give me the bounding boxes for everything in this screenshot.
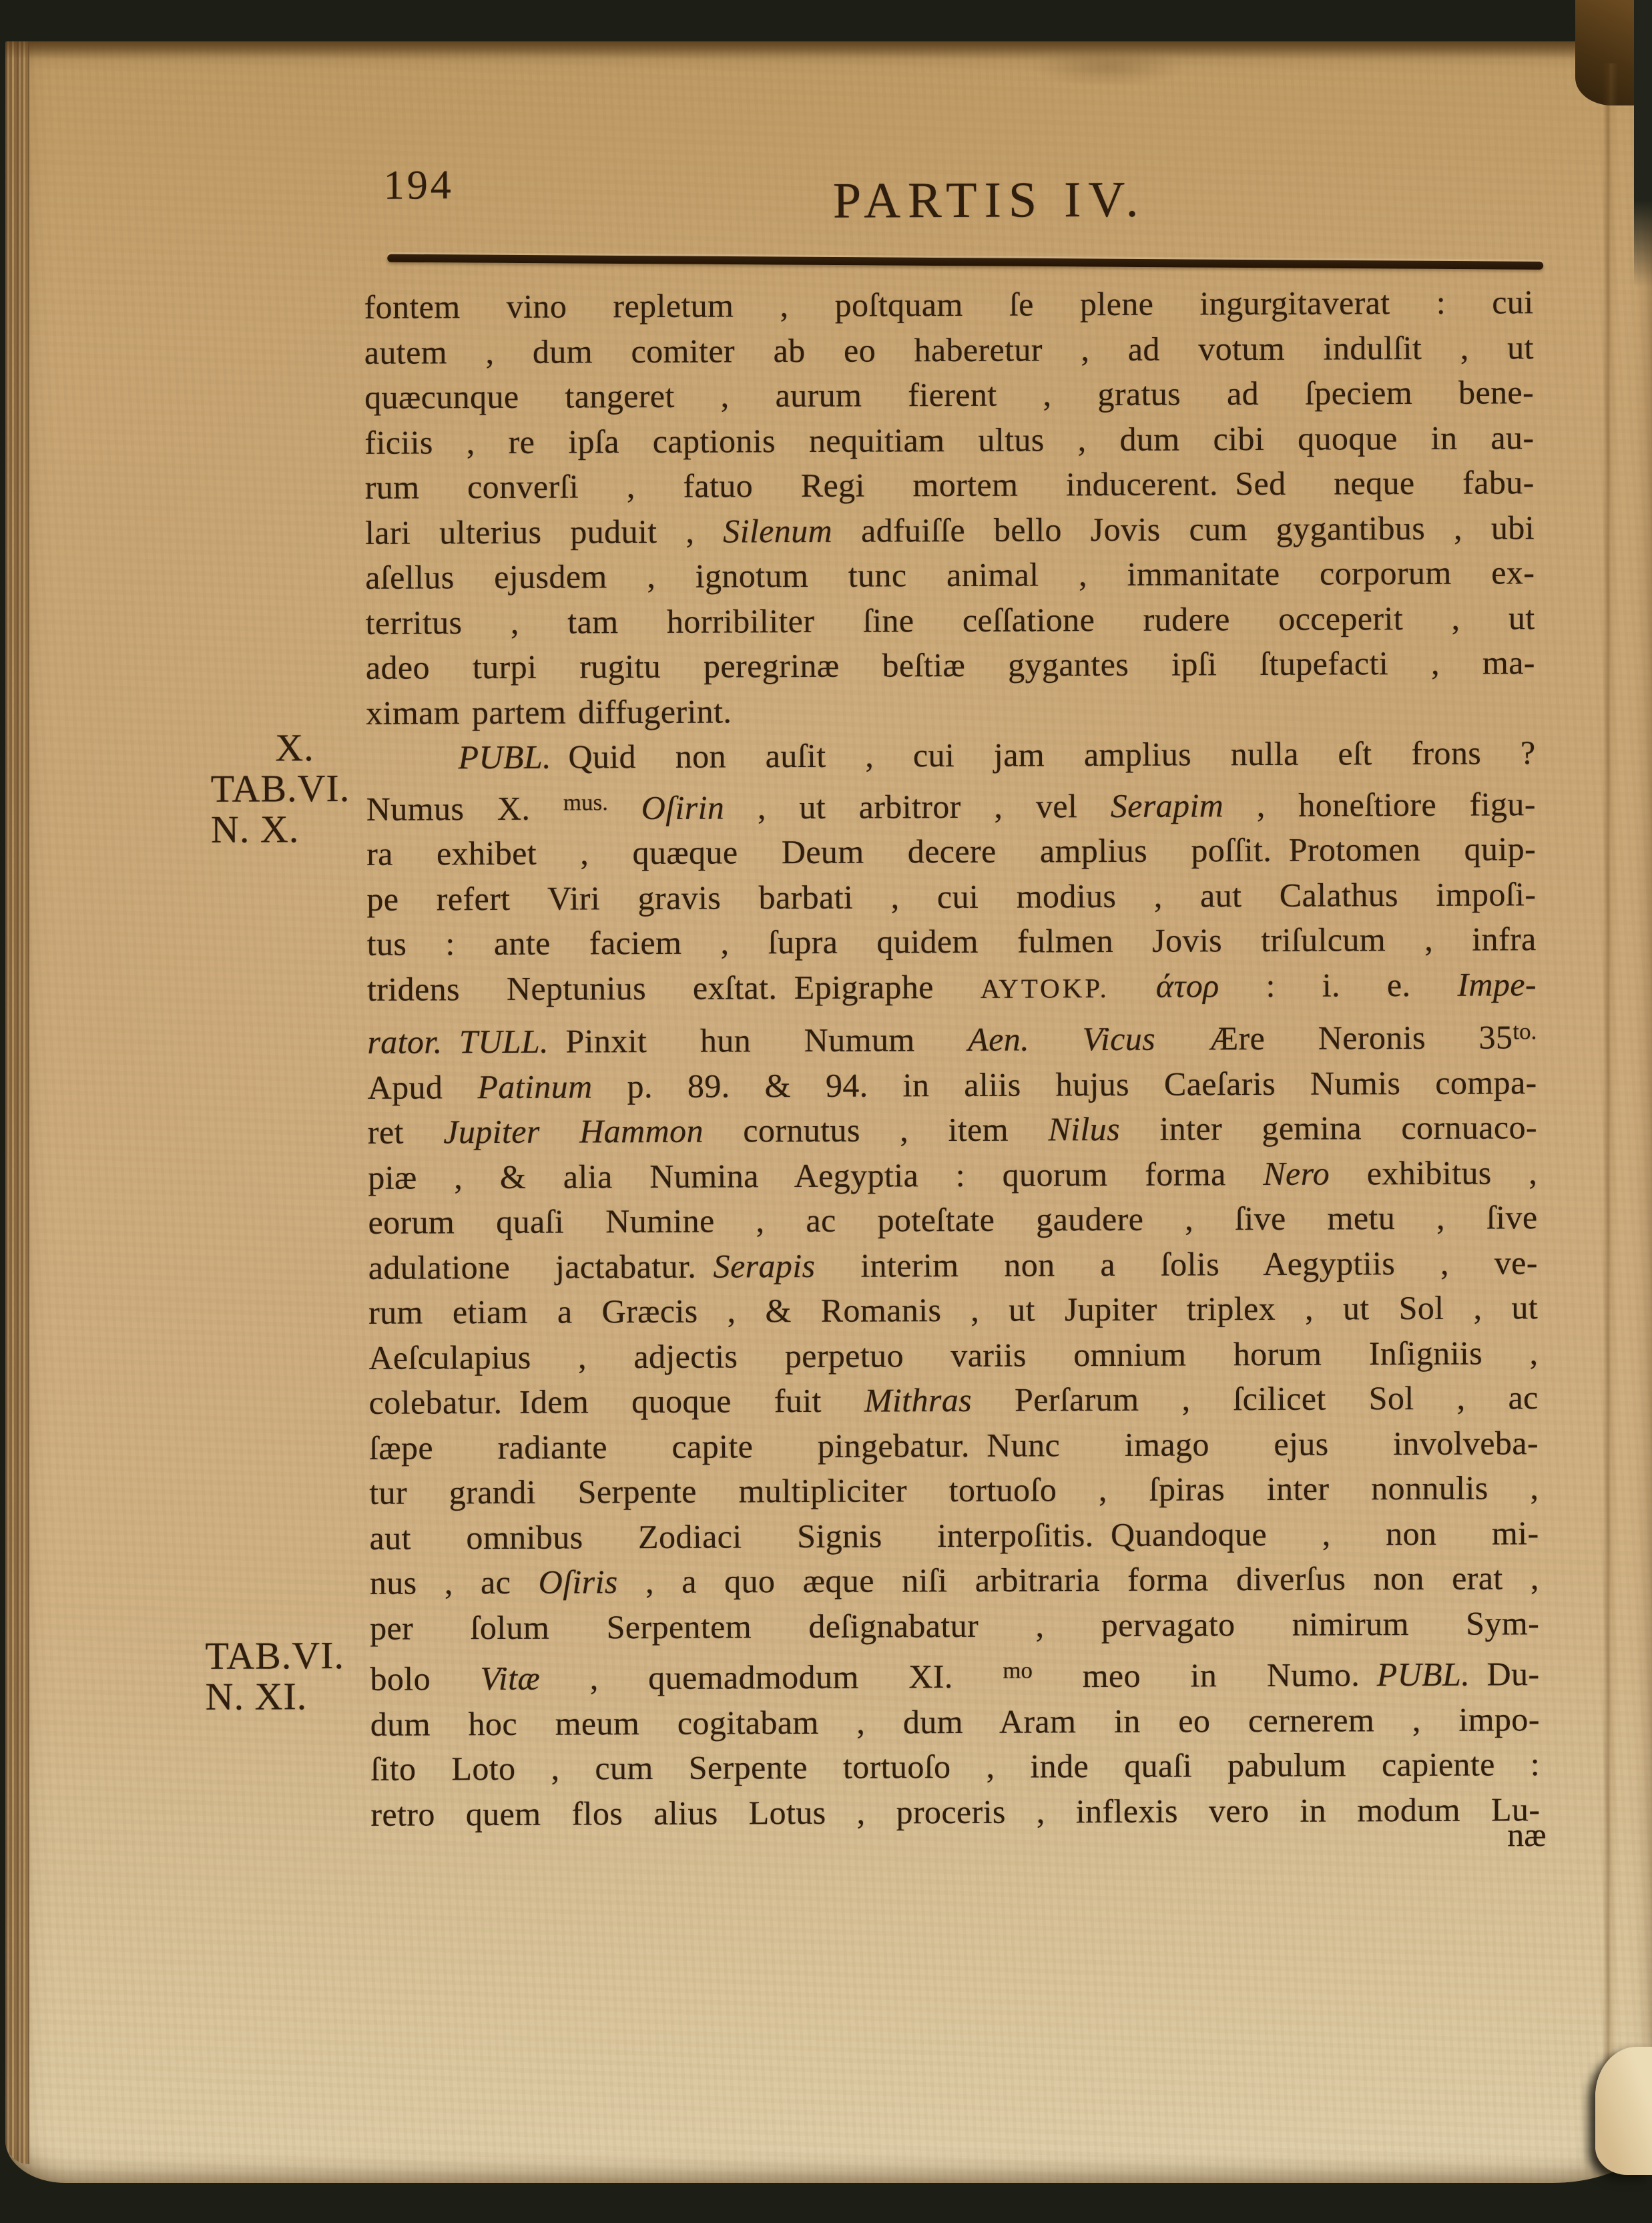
margin-note-line: N. XI. (206, 1676, 383, 1717)
body-text: fontem vino repletum , poſtquam ſe plene… (364, 280, 1540, 1837)
body-line: ra exhibet , quæque Deum decere amplius … (366, 826, 1536, 877)
body-line: fontem vino repletum , poſtquam ſe plene… (364, 280, 1533, 330)
catchword: næ (1408, 1815, 1546, 1855)
body-line: territus , tam horribiliter ſine ceſſati… (365, 595, 1535, 646)
body-line: autem , dum comiter ab eo haberetur , ad… (364, 325, 1534, 375)
body-line: rator. TULL. Pinxit hun Numum Aen. Vicus… (367, 1009, 1537, 1065)
body-line: retro quem flos alius Lotus , proceris ,… (370, 1787, 1540, 1837)
body-line: Aeſculapius , adjectis perpetuo variis o… (368, 1330, 1538, 1381)
body-line: per ſolum Serpentem deſignabatur , perva… (370, 1601, 1539, 1651)
margin-note-line: TAB.VI. (205, 1635, 382, 1676)
folio-number: 194 (384, 162, 454, 209)
body-line: ximam partem diffugerint. (366, 686, 1535, 736)
header-rule (387, 254, 1543, 270)
body-line: ret Jupiter Hammon cornutus , item Nilus… (368, 1105, 1537, 1155)
body-line: Apud Patinum p. 89. & 94. in aliis hujus… (368, 1060, 1537, 1110)
margin-note-numus-xi: TAB.VI. N. XI. (205, 1635, 383, 1717)
body-line: rum etiam a Græcis , & Romanis , ut Jupi… (368, 1285, 1538, 1335)
body-line: eorum quaſi Numine , ac poteſtate gauder… (368, 1195, 1537, 1245)
body-line: piæ , & alia Numina Aegyptia : quorum fo… (368, 1150, 1537, 1200)
body-line: quæcunque tangeret , aurum fierent , gra… (364, 370, 1534, 420)
body-line: ſæpe radiante capite pingebatur. Nunc im… (369, 1421, 1539, 1471)
body-line: nus , ac Oſiris , a quo æque niſi arbitr… (370, 1555, 1539, 1605)
body-line: Numus X. mus. Oſirin , ut arbitror , vel… (366, 776, 1536, 832)
running-title: PARTIS IV. (833, 171, 1146, 230)
book-page-scan: 194 PARTIS IV. X. TAB.VI. N. X. TAB.VI. … (0, 0, 1652, 2223)
printed-content: 194 PARTIS IV. X. TAB.VI. N. X. TAB.VI. … (0, 0, 1652, 2223)
margin-note-numus-x: X. TAB.VI. N. X. (210, 727, 379, 850)
body-line: tus : ante faciem , ſupra quidem fulmen … (367, 917, 1537, 967)
margin-note-line: TAB.VI. (211, 768, 379, 809)
body-line: lari ulterius puduit , Silenum adfuiſſe … (365, 505, 1535, 555)
margin-note-line: X. (210, 727, 378, 768)
body-line: aut omnibus Zodiaci Signis interpoſitis.… (369, 1511, 1539, 1561)
margin-note-line: N. X. (211, 808, 379, 850)
body-line: tridens Neptunius exſtat. Epigraphe ΑΥΤΟ… (367, 962, 1537, 1014)
body-line: adulatione jactabatur. Serapis interim n… (368, 1240, 1538, 1290)
body-line: bolo Vitæ , quemadmodum XI. mo meo in Nu… (370, 1646, 1539, 1702)
body-line: dum hoc meum cogitabam , dum Aram in eo … (370, 1697, 1540, 1747)
body-line: tur grandi Serpente multipliciter tortuo… (369, 1465, 1539, 1515)
body-line: aſellus ejusdem , ignotum tunc animal , … (365, 550, 1535, 600)
body-line: colebatur. Idem quoque fuit Mithras Perſ… (369, 1375, 1539, 1425)
body-line: ſito Loto , cum Serpente tortuoſo , inde… (370, 1742, 1540, 1792)
body-line: PUBL. Quid non auſit , cui jam amplius n… (366, 730, 1535, 780)
body-line: rum converſi , fatuo Regi mortem inducer… (365, 460, 1535, 510)
body-line: pe refert Viri gravis barbati , cui modi… (366, 872, 1536, 922)
body-line: ficiis , re ipſa captionis nequitiam ult… (364, 415, 1534, 465)
body-line: adeo turpi rugitu peregrinæ beſtiæ gygan… (366, 640, 1535, 690)
